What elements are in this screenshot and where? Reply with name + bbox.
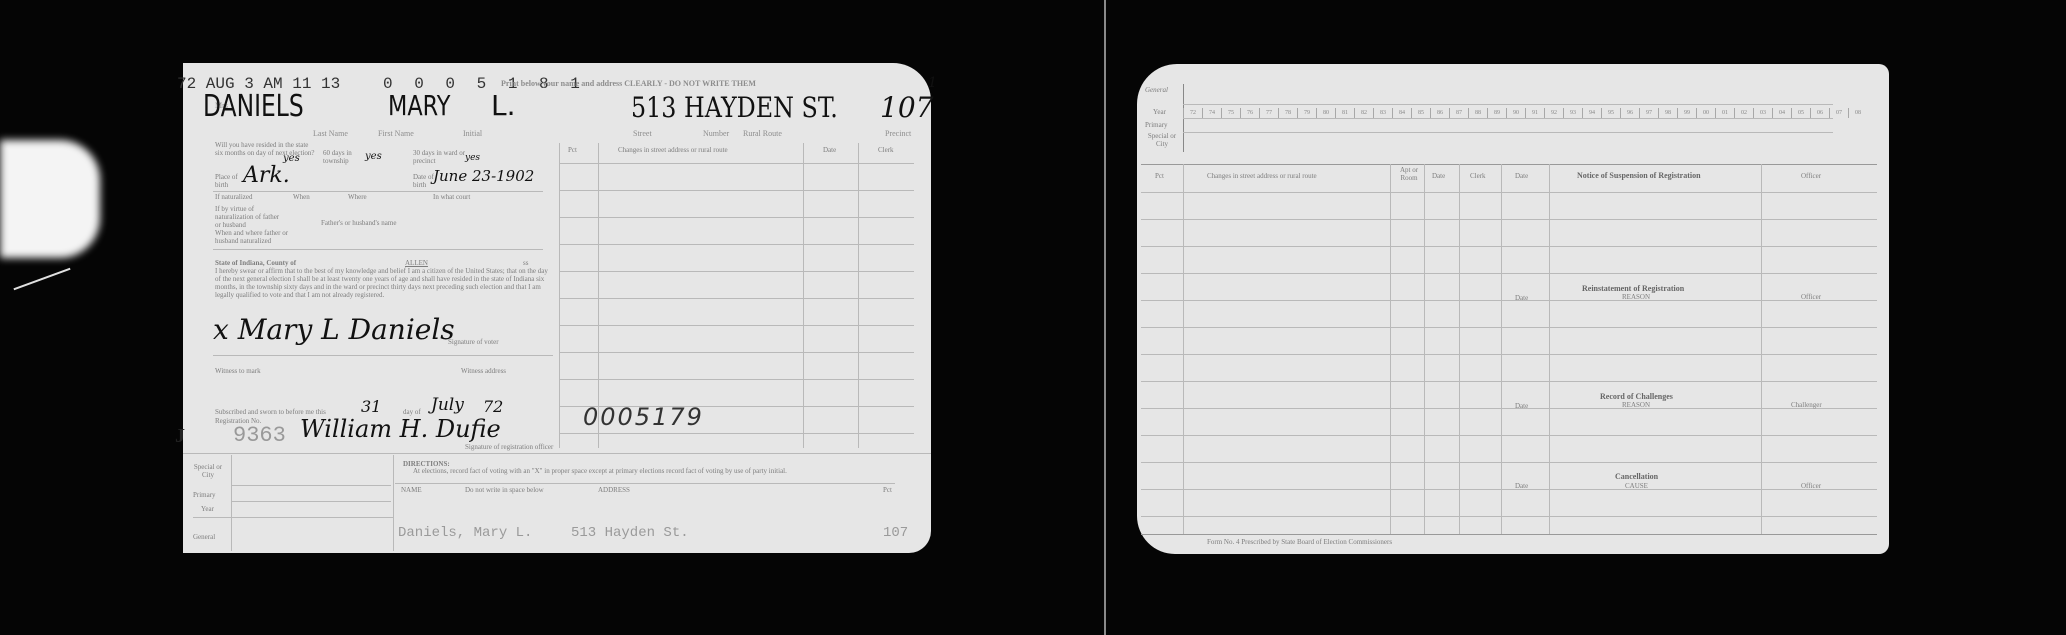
grid-label-primary: Primary <box>1145 121 1168 129</box>
handwritten-number: 0005179 <box>583 403 704 431</box>
suspension-title: Notice of Suspension of Registration <box>1577 171 1701 180</box>
right-clerk-header: Clerk <box>1470 172 1486 180</box>
naturalized-label: If naturalized <box>215 193 253 201</box>
label-first-name: First Name <box>378 129 414 138</box>
suspension-date-header: Date <box>1515 172 1528 180</box>
label-precinct: Precinct <box>885 129 911 138</box>
registration-number: 9363 <box>233 423 286 448</box>
subscribed-day: 31 <box>361 397 381 416</box>
subscribed-month: July <box>431 395 464 415</box>
grid-row-primary: Primary <box>193 491 216 499</box>
reinstatement-officer: Officer <box>1801 293 1821 301</box>
place-of-birth-label: Place of birth <box>215 173 245 189</box>
father-name-label: Father's or husband's name <box>321 219 396 227</box>
date-header: Date <box>823 146 836 154</box>
witness-label: Witness to mark <box>215 367 261 375</box>
reinstatement-date: Date <box>1515 294 1528 302</box>
reinstatement-title: Reinstatement of Registration <box>1582 284 1684 293</box>
right-apt-header: Apt or Room <box>1395 166 1423 182</box>
precinct-answer: yes <box>465 153 480 163</box>
typed-address: 513 Hayden St. <box>571 525 689 541</box>
registration-card-back: General Year Primary Special or City 727… <box>1137 64 1889 554</box>
label-rural-route: Rural Route <box>743 129 782 138</box>
voter-signature: x Mary L Daniels <box>213 313 455 346</box>
directions-pct: Pct <box>883 486 892 494</box>
court-label: In what court <box>433 193 470 201</box>
year-grid: 7274757677787980818283848586878889909192… <box>1183 108 1867 118</box>
form-footer: Form No. 4 Prescribed by State Board of … <box>1207 538 1392 546</box>
witness-address-label: Witness address <box>461 367 506 375</box>
label-street: Street <box>633 129 652 138</box>
voter-signature-label: Signature of voter <box>448 338 499 346</box>
father-label: If by virtue of naturalization of father… <box>215 205 285 229</box>
pct-header: Pct <box>568 146 577 154</box>
when-label: When <box>293 193 310 201</box>
resided-question: Will you have resided in the state six m… <box>215 141 315 157</box>
place-of-birth-value: Ark. <box>243 163 290 188</box>
corner-mark: 1 <box>928 75 937 91</box>
directions-text: At elections, record fact of voting with… <box>413 467 833 475</box>
precinct-value: 107 <box>880 91 933 124</box>
officer-signature-label: Signature of registration officer <box>465 443 553 451</box>
challenges-reason: REASON <box>1622 401 1650 409</box>
frame-divider <box>1104 0 1106 635</box>
typed-name: Daniels, Mary L. <box>398 525 532 541</box>
suspension-officer: Officer <box>1801 172 1821 180</box>
directions-name: NAME <box>401 486 422 494</box>
where-label: Where <box>348 193 367 201</box>
date-of-birth-value: June 23-1902 <box>433 167 534 185</box>
initial-value: L. <box>491 89 516 122</box>
ss-label: ss <box>523 259 528 267</box>
right-changes-header: Changes in street address or rural route <box>1207 172 1317 180</box>
label-initial: Initial <box>463 129 482 138</box>
reinstatement-reason: REASON <box>1622 293 1650 301</box>
typed-precinct: 107 <box>883 525 908 541</box>
print-instruction: Print below your name and address CLEARL… <box>501 79 756 88</box>
address-value: 513 HAYDEN ST. <box>631 91 838 124</box>
challenges-title: Record of Challenges <box>1600 392 1673 401</box>
blurred-object <box>0 140 100 258</box>
cancellation-officer: Officer <box>1801 482 1821 490</box>
clerk-header: Clerk <box>878 146 894 154</box>
grid-label-year: Year <box>1153 108 1166 116</box>
township-answer: yes <box>365 151 382 162</box>
right-date-header: Date <box>1432 172 1445 180</box>
registration-card-front: 72 AUG 3 AM 11 13 0 0 0 5 1 8 1 Print be… <box>183 63 931 553</box>
county-value: ALLEN <box>405 259 428 267</box>
precinct-question: 30 days in ward or precinct <box>413 149 473 165</box>
directions-address: ADDRESS <box>598 486 630 494</box>
changes-header: Changes in street address or rural route <box>618 146 728 154</box>
cancellation-title: Cancellation <box>1615 472 1658 481</box>
first-name-value: MARY <box>388 89 450 122</box>
father-where-label: When and where father or husband natural… <box>215 229 295 245</box>
right-pct-header: Pct <box>1155 172 1164 180</box>
cancellation-cause: CAUSE <box>1625 482 1648 490</box>
last-name-value: DANIELS <box>203 89 304 124</box>
officer-signature: William H. Dufie <box>300 415 501 443</box>
cancellation-date: Date <box>1515 482 1528 490</box>
subscribed-year: 72 <box>483 397 503 416</box>
grid-label-special: Special or City <box>1147 132 1177 148</box>
oath-text: I hereby swear or affirm that to the bes… <box>215 267 550 299</box>
side-letter: J <box>175 425 185 448</box>
state-county-label: State of Indiana, County of <box>215 259 296 267</box>
grid-label-general: General <box>1145 86 1168 94</box>
scratch-mark <box>13 268 70 290</box>
grid-row-general: General <box>193 533 215 541</box>
directions-note: Do not write in space below <box>465 486 544 494</box>
grid-row-special: Special or City <box>193 463 223 479</box>
challenges-challenger: Challenger <box>1791 401 1822 409</box>
label-number: Number <box>703 129 729 138</box>
label-last-name: Last Name <box>313 129 348 138</box>
grid-row-year: Year <box>201 505 214 513</box>
challenges-date: Date <box>1515 402 1528 410</box>
